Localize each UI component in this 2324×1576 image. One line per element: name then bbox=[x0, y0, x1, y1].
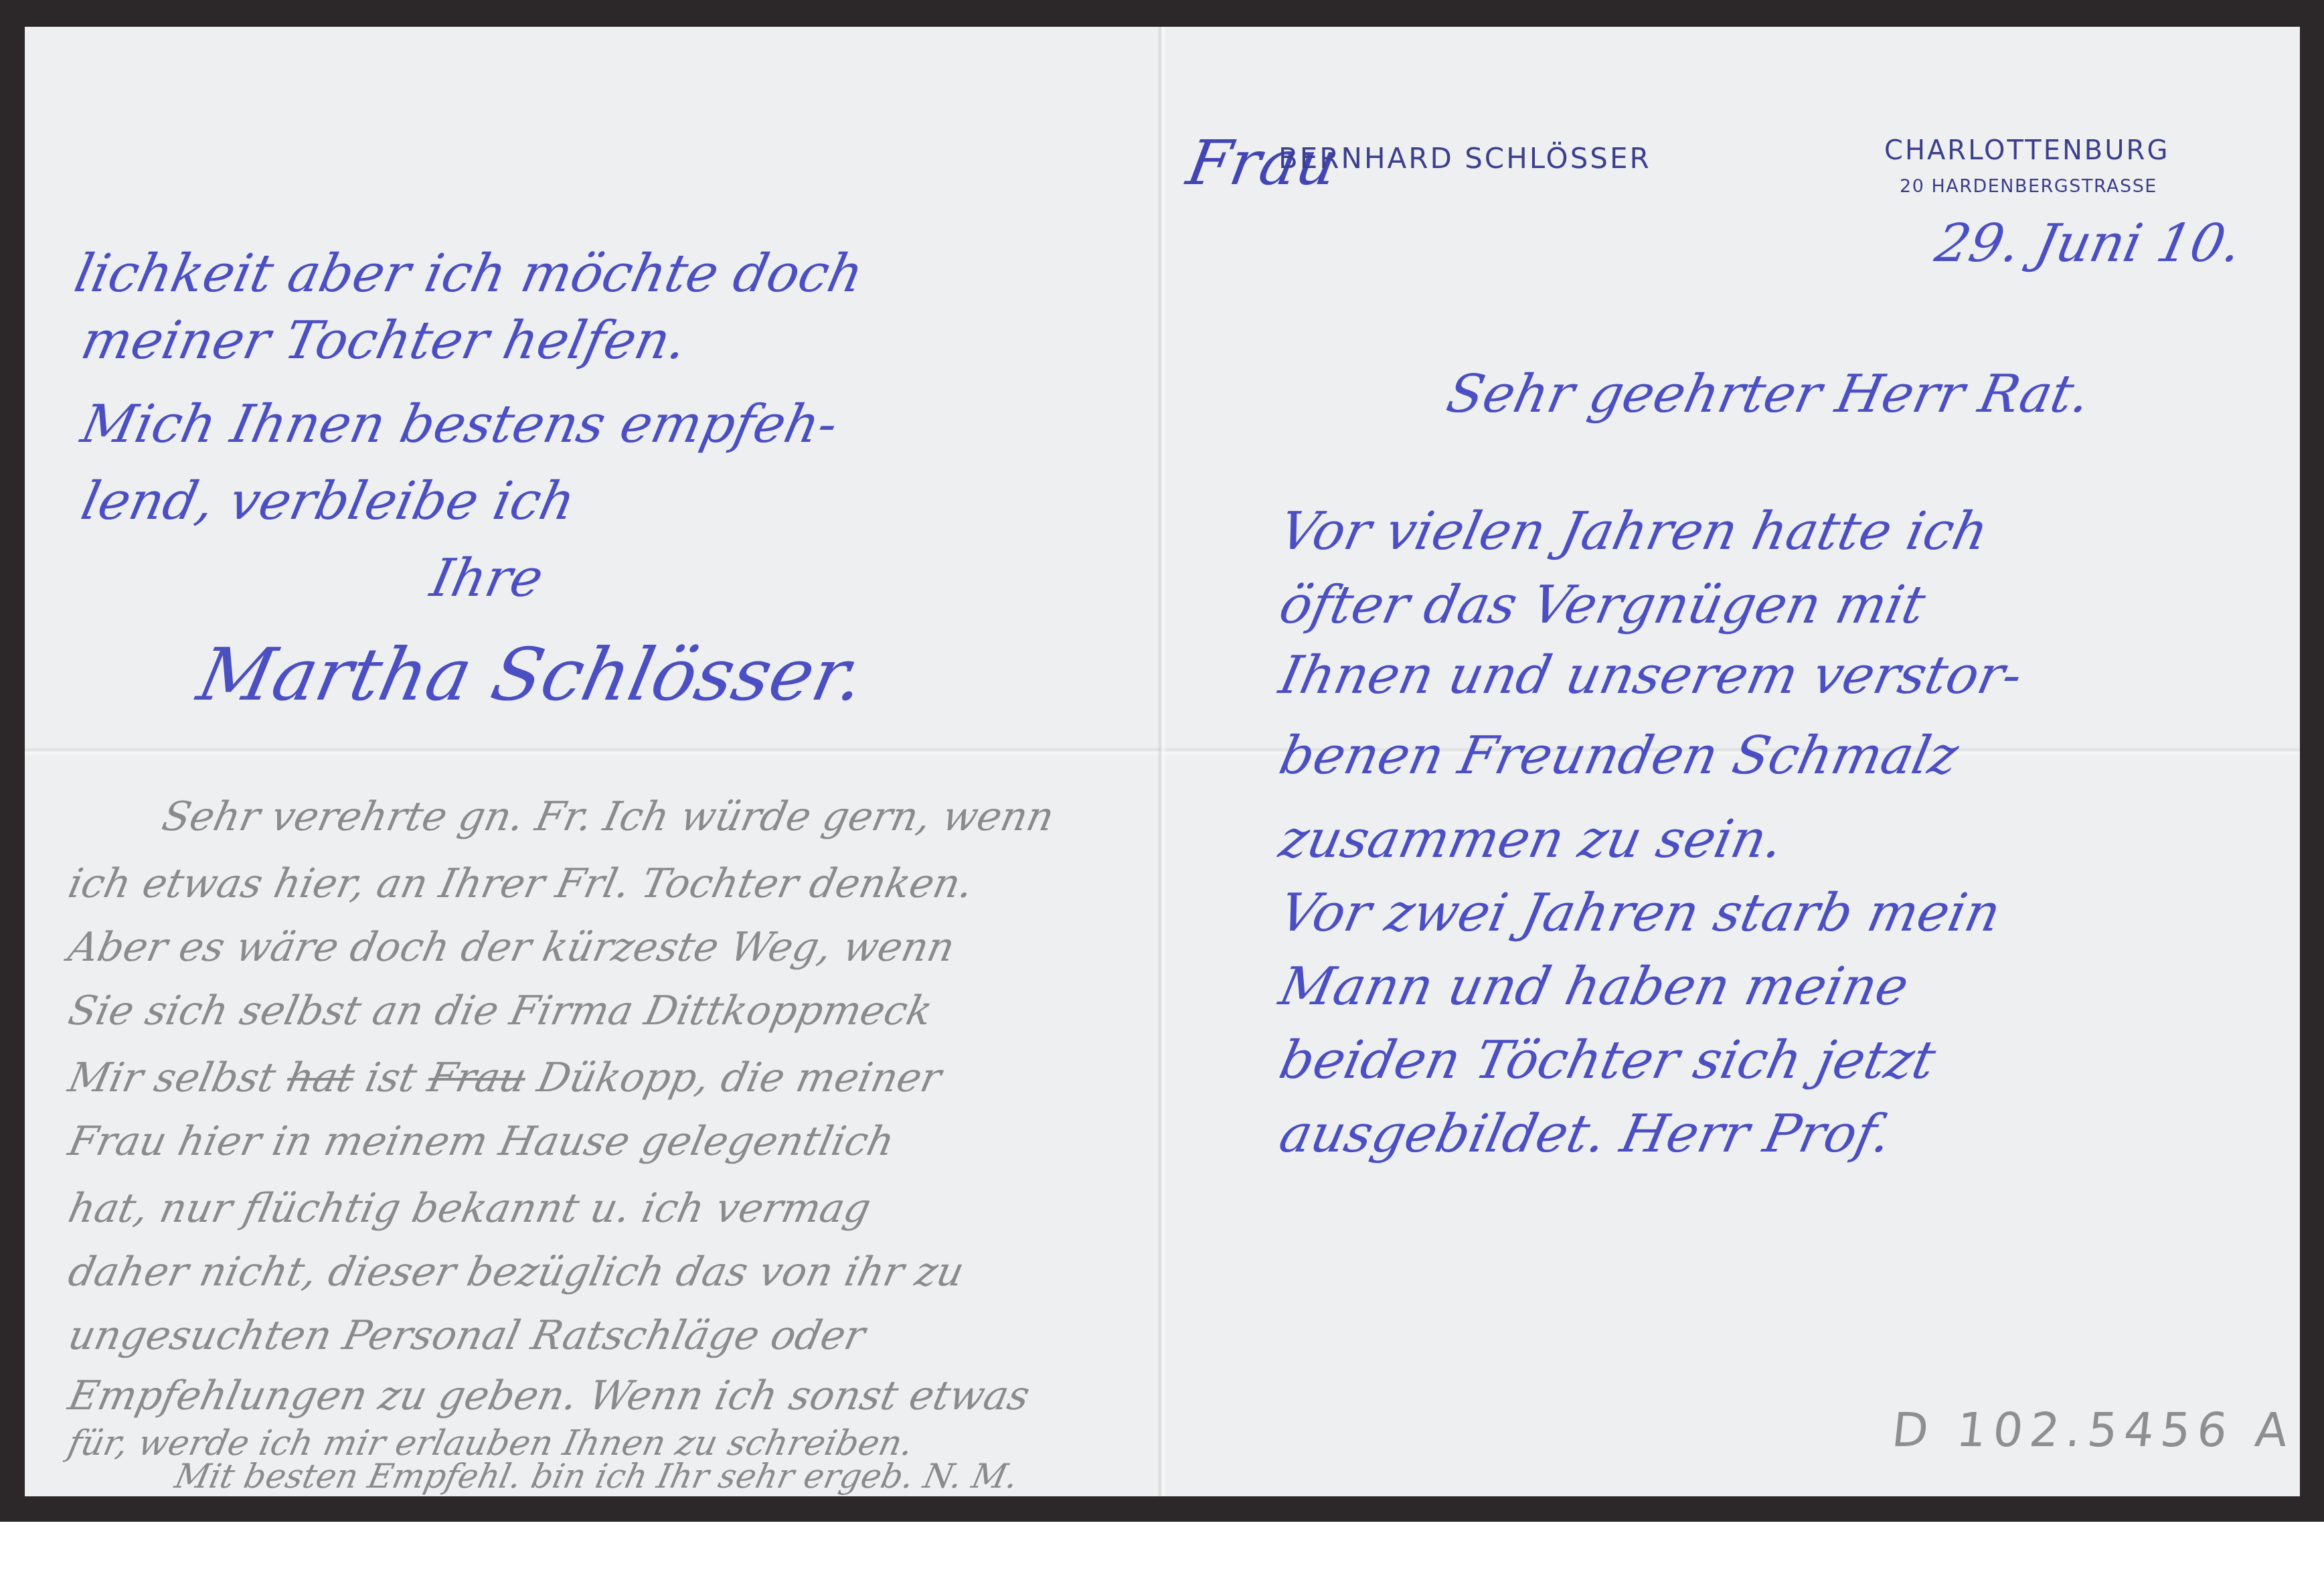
pencil-text: Dükopp, die meiner bbox=[521, 1054, 946, 1101]
right-page: Frau BERNHARD SCHLÖSSER CHARLOTTENBURG 2… bbox=[1161, 27, 2300, 1496]
body-line: benen Freunden Schmalz bbox=[1275, 730, 1963, 782]
body-line: beiden Töchter sich jetzt bbox=[1275, 1034, 1940, 1087]
salutation: Sehr geehrter Herr Rat. bbox=[1442, 368, 2095, 420]
pencil-line: Sie sich selbst an die Firma Dittkoppmec… bbox=[65, 991, 936, 1031]
pencil-line: ich etwas hier, an Ihrer Frl. Tochter de… bbox=[65, 864, 977, 904]
letterhead-name: BERNHARD SCHLÖSSER bbox=[1278, 142, 1651, 175]
ink-line: lend, verbleibe ich bbox=[77, 475, 580, 528]
pencil-line: Mir selbst hat ist Frau Dükopp, die mein… bbox=[65, 1058, 944, 1098]
letter-date: 29. Juni 10. bbox=[1931, 218, 2246, 270]
pencil-line: Aber es wäre doch der kürzeste Weg, wenn bbox=[65, 927, 958, 967]
ink-line: lichkeit aber ich möchte doch bbox=[70, 248, 867, 300]
pencil-line: Mit besten Empfehl. bin ich Ihr sehr erg… bbox=[172, 1460, 1021, 1493]
closing-text: Ihre bbox=[426, 552, 548, 605]
body-line: Vor zwei Jahren starb mein bbox=[1275, 887, 2005, 939]
ink-line: meiner Tochter helfen. bbox=[77, 315, 691, 367]
pencil-line: Empfehlungen zu geben. Wenn ich sonst et… bbox=[65, 1376, 1033, 1416]
letterhead-city: CHARLOTTENBURG bbox=[1884, 135, 2169, 166]
body-line: Vor vielen Jahren hatte ich bbox=[1275, 505, 1993, 558]
pencil-line: hat, nur flüchtig bekannt u. ich vermag bbox=[65, 1188, 874, 1229]
body-line: zusammen zu sein. bbox=[1275, 813, 1788, 866]
body-line: Mann und haben meine bbox=[1275, 961, 1913, 1013]
body-line: ausgebildet. Herr Prof. bbox=[1275, 1108, 1896, 1160]
pencil-line: daher nicht, dieser bezüglich das von ih… bbox=[65, 1252, 967, 1292]
struck-word: Frau bbox=[424, 1054, 531, 1101]
letterhead-street: 20 HARDENBERGSTRASSE bbox=[1900, 176, 2157, 197]
pencil-text: ist bbox=[349, 1054, 434, 1101]
body-line: öfter das Vergnügen mit bbox=[1275, 579, 1930, 631]
struck-word: hat bbox=[282, 1054, 358, 1101]
archive-signature: D 102.5456 A bbox=[1890, 1403, 2297, 1457]
pencil-line: für, werde ich mir erlauben Ihnen zu sch… bbox=[65, 1426, 916, 1461]
pencil-text: Mir selbst bbox=[64, 1054, 293, 1101]
body-line: Ihnen und unserem verstor- bbox=[1275, 649, 2027, 702]
pencil-line: ungesuchten Personal Ratschläge oder bbox=[65, 1316, 869, 1356]
pencil-line: Frau hier in meinem Hause gelegentlich bbox=[65, 1121, 898, 1162]
signature: Martha Schlösser. bbox=[192, 639, 871, 712]
ink-line: Mich Ihnen bestens empfeh- bbox=[77, 398, 842, 451]
letter-sheet: lichkeit aber ich möchte doch meiner Toc… bbox=[25, 27, 2300, 1496]
left-page: lichkeit aber ich möchte doch meiner Toc… bbox=[25, 27, 1161, 1496]
pencil-line: Sehr verehrte gn. Fr. Ich würde gern, we… bbox=[159, 797, 1058, 837]
